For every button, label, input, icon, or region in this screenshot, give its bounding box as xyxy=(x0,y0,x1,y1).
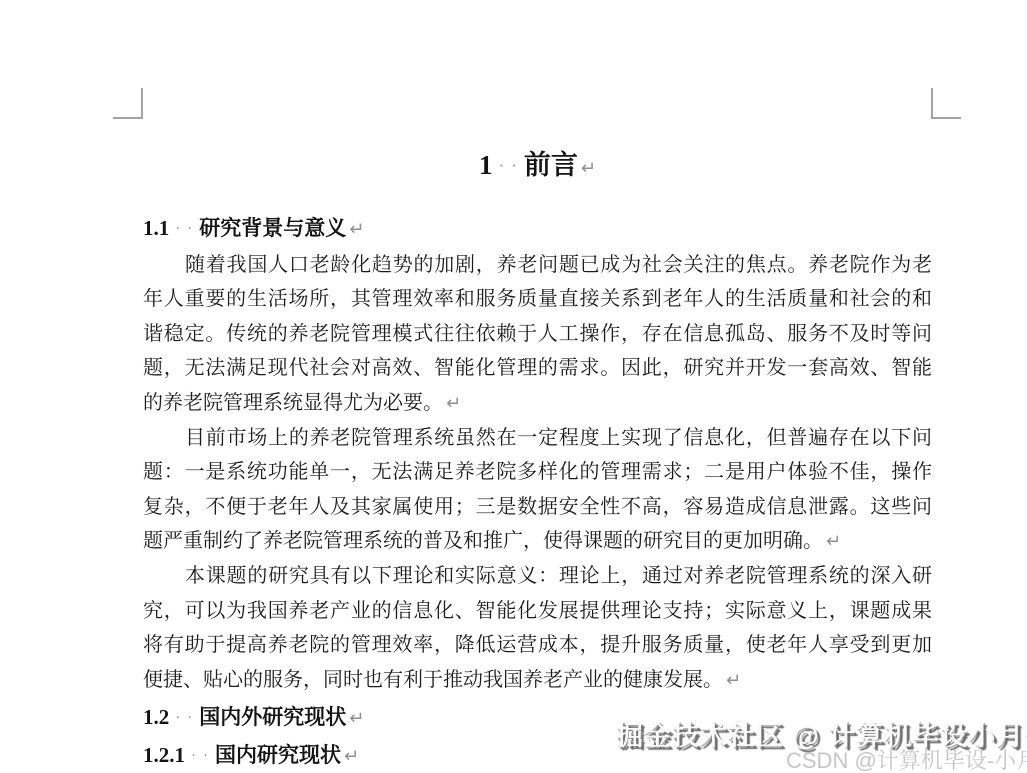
watermark-csdn: CSDN @计算机毕设-小月哥 xyxy=(786,744,1027,773)
space-marks: ·· xyxy=(169,710,199,726)
body-line[interactable]: 究，可以为我国养老产业的信息化、智能化发展提供理论支持；实际意义上，课题成果 xyxy=(143,594,932,629)
body-line[interactable]: 便捷、贴心的服务，同时也有利于推动我国养老产业的健康发展。↵ xyxy=(143,663,932,698)
word-document-page: 1··前言↵ 1.1··研究背景与意义↵ 随着我国人口老龄化趋势的加剧，养老问题… xyxy=(0,0,1027,773)
heading-number: 1.2 xyxy=(143,705,169,729)
body-line[interactable]: 谐稳定。传统的养老院管理模式往往依赖于人工操作，存在信息孤岛、服务不及时等问 xyxy=(143,317,932,352)
body-line-text: 的养老院管理系统显得尤为必要。 xyxy=(143,392,443,414)
paragraph-mark-icon: ↵ xyxy=(578,158,596,179)
paragraph-mark-icon: ↵ xyxy=(443,393,461,414)
heading-text: 国内外研究现状 xyxy=(199,705,346,729)
body-line[interactable]: 题：一是系统功能单一，无法满足养老院多样化的管理需求；二是用户体验不佳，操作 xyxy=(143,455,932,490)
chapter-number: 1 xyxy=(479,150,493,180)
paragraph-mark-icon: ↵ xyxy=(341,746,359,767)
paragraph-mark-icon: ↵ xyxy=(346,708,364,729)
body-line[interactable]: 随着我国人口老龄化趋势的加剧，养老问题已成为社会关注的焦点。养老院作为老 xyxy=(143,248,932,283)
document-text-area[interactable]: 1··前言↵ 1.1··研究背景与意义↵ 随着我国人口老龄化趋势的加剧，养老问题… xyxy=(143,0,932,773)
heading-number: 1.1 xyxy=(143,216,169,240)
body-line[interactable]: 题严重制约了养老院管理系统的普及和推广，使得课题的研究目的更加明确。↵ xyxy=(143,524,932,559)
body-line-text: 便捷、贴心的服务，同时也有利于推动我国养老产业的健康发展。 xyxy=(143,669,723,691)
body-line[interactable]: 题，无法满足现代社会对高效、智能化管理的需求。因此，研究并开发一套高效、智能 xyxy=(143,351,932,386)
body-line[interactable]: 目前市场上的养老院管理系统虽然在一定程度上实现了信息化，但普遍存在以下问 xyxy=(143,421,932,456)
heading-text: 国内研究现状 xyxy=(215,743,341,767)
space-marks: ·· xyxy=(493,156,524,175)
chapter-title[interactable]: 1··前言↵ xyxy=(143,145,932,185)
space-marks: ·· xyxy=(185,748,215,764)
paragraph-mark-icon: ↵ xyxy=(723,670,741,691)
text-boundary-mark-top-right xyxy=(931,88,961,119)
text-boundary-mark-top-left xyxy=(113,88,143,119)
body-line[interactable]: 年人重要的生活场所，其管理效率和服务质量直接关系到老年人的生活质量和社会的和 xyxy=(143,282,932,317)
body-line-text: 题严重制约了养老院管理系统的普及和推广，使得课题的研究目的更加明确。 xyxy=(143,530,823,552)
paragraph-mark-icon: ↵ xyxy=(823,531,841,552)
body-line[interactable]: 复杂，不便于老年人及其家属使用；三是数据安全性不高，容易造成信息泄露。这些问 xyxy=(143,490,932,525)
body-line[interactable]: 将有助于提高养老院的管理效率，降低运营成本，提升服务质量，使老年人享受到更加 xyxy=(143,628,932,663)
paragraph-mark-icon: ↵ xyxy=(346,219,364,240)
body-line[interactable]: 的养老院管理系统显得尤为必要。↵ xyxy=(143,386,932,421)
heading-text: 研究背景与意义 xyxy=(199,216,346,240)
chapter-title-text: 前言 xyxy=(524,150,578,180)
body-line[interactable]: 本课题的研究具有以下理论和实际意义：理论上，通过对养老院管理系统的深入研 xyxy=(143,559,932,594)
heading-1-1[interactable]: 1.1··研究背景与意义↵ xyxy=(143,211,932,246)
space-marks: ·· xyxy=(169,221,199,237)
heading-number: 1.2.1 xyxy=(143,743,185,767)
